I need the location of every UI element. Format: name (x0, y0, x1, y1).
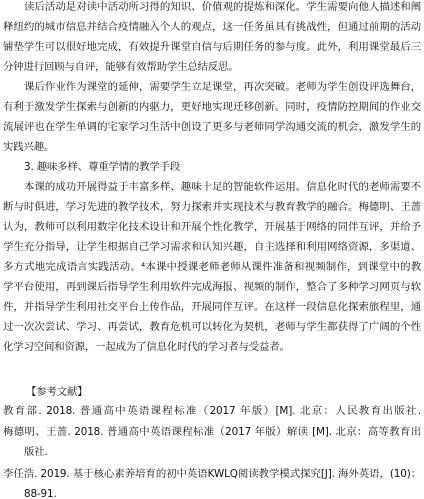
paragraph-line: 读后活动是对读中活动所习得的知识、价值观的提炼和深化。学生需要向他人描述和阐 (24, 0, 421, 17)
paragraph-line: 过一次次尝试、学习、再尝试，教育危机可以转化为契机，老师与学生都获得了广阔的个性 (3, 317, 421, 337)
references-title: 【参考文献】 (26, 382, 424, 402)
reference-item-continuation: 88-91. (24, 484, 421, 499)
reference-item: 教育部. 2018. 普通高中英语课程标准（2017 年版）[M]. 北京：人民… (3, 401, 421, 421)
paragraph-line: 分钟进行回顾与自评，能够有效帮助学生总结反思。 (3, 57, 421, 77)
paragraph-line: 认为，教师可以利用数字化技术设计和开展个性化教学，开展基于网络的同伴互评，并给予 (3, 217, 421, 237)
paragraph-line: 断与时俱进，学习先进的教学技术，努力探索并实现技术与教育教学的融合。梅德明、王蔷 (3, 197, 421, 217)
paragraph-line: 课后作业作为课堂的延伸，需要学生立足课堂，再次突破。老师为学生创设评选舞台， (24, 77, 421, 97)
paragraph-line: 释纽约的城市信息并结合疫情融入个人的观点，这一任务虽具有挑战性，但通过前期的活动 (3, 17, 421, 37)
paragraph-line: 流展评也在学生单调的宅家学习生活中创设了更多与老师同学沟通交流的机会，激发学生的 (3, 117, 421, 137)
paragraph-line: 多方式地完成语言实践活动。⁴本课中授课老师老师从课件准备和视频制作，到课堂中的教 (3, 257, 421, 277)
paragraph-line: 化学习空间和资源，一起成为了信息化时代的学习者与受益者。 (3, 337, 421, 357)
reference-item-continuation: 版社. (24, 442, 421, 462)
paragraph-line: 学平台使用，再到课后指导学生利用软件完成海报、视频的制作，整合了多种学习网页与软 (3, 277, 421, 297)
paragraph-line: 铺垫学生可以很好地完成，有效提升课堂自信与后期任务的参与度。此外，利用课堂最后三 (3, 37, 421, 57)
paragraph-line: 实践兴趣。 (3, 137, 421, 157)
paragraph-line: 学生充分指导，让学生根据自己学习需求和认知兴趣，自主选择和利用网络资源，多渠道、 (3, 237, 421, 257)
paragraph-line: 件，并指导学生利用社交平台上传作品，开展同伴互评。在这样一段信息化探索旅程里，通 (3, 297, 421, 317)
paragraph-line: 本课的成功开展得益于丰富多样、趣味十足的智能软件运用。信息化时代的老师需要不 (24, 177, 421, 197)
reference-item: 梅德明、王蔷. 2018. 普通高中英语课程标准（2017 年版）解读 [M].… (3, 422, 421, 442)
document-page: 读后活动是对读中活动所习得的知识、价值观的提炼和深化。学生需要向他人描述和阐 释… (0, 0, 424, 499)
paragraph-line: 有利于激发学生探索与创新的内驱力，更好地实现迁移创新。同时，疫情防控期间的作业交 (3, 97, 421, 117)
section-heading: 3. 趣味多样、尊重学情的教学手段 (24, 157, 421, 177)
reference-item: 李任浩. 2019. 基于核心素养培育的初中英语KWLQ阅读教学模式探究[J].… (3, 464, 421, 484)
